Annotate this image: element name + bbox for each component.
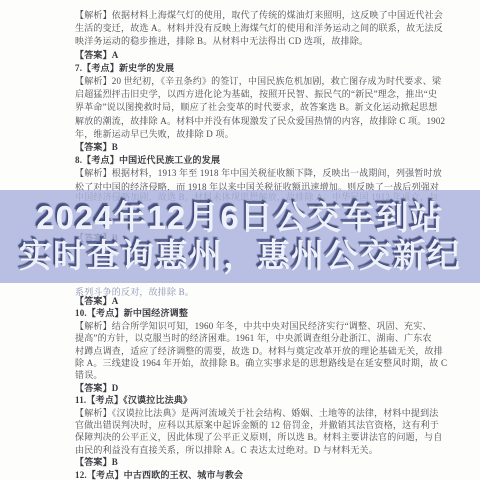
analysis-line: 村蹲点调查，适应了经济调整的需要，故选 D。材料与奠定改革开放的理论基础无关，故… [75, 346, 447, 359]
topic-line: 8.【考点】中国近代民族工业的发展 [75, 155, 447, 168]
analysis-line: 解放的潮流，故排除 A。材料中并没有体现激发了民众爱国热情的内容，故排除 C 项… [75, 116, 447, 129]
analysis-line: 错误。 [75, 370, 447, 383]
answer-line: 【答案】B [75, 142, 447, 155]
answer-line: 【答案】A [75, 50, 447, 63]
analysis-line: 【解析】根据材料，1913 年至 1918 年中国关税征收额下降，反映出一战期间… [75, 168, 447, 181]
banner-title-line2: 实时查询惠州，惠州公交新纪 [19, 237, 461, 274]
analysis-line: 除 A。三线建设 1964 年开始，故排除 B。确立实事求是的思想路线是在延安整… [75, 358, 447, 371]
topic-line: 10.【考点】新中国经济调整 [75, 308, 447, 321]
answer-line: 【答案】D [75, 383, 447, 396]
analysis-line: 由民的利益没有直接关系，所以排除 A。C 表达太过绝对。D 与材料无关。 [75, 445, 447, 458]
analysis-line: 启超猛烈抨击旧史学，以西方进化论为基础，按照开民智、振民气的“新民”理念，推出“… [75, 89, 447, 102]
analysis-line: 【解析】20 世纪初，《辛丑条约》的签订，中国民族危机加剧，救亡图存成为时代要求… [75, 76, 447, 89]
banner-title-line1: 2024年12月6日公交车到站 [36, 199, 443, 236]
analysis-line: 提高”的方针，以克服当时的经济困难。1961 年，中央派调查组分赴浙江、湖南、广… [75, 333, 447, 346]
analysis-line: 【解析】依据材料上海煤气灯的使用，取代了传统的煤油灯来照明，这反映了中国近代社会 [75, 10, 447, 23]
topic-line: 11.【考点】《汉谟拉比法典》 [75, 395, 447, 408]
answer-line: 【答案】B [75, 457, 447, 470]
analysis-line: 生活的变迁，故选 A。材料并没有反映上海煤气灯的使用和洋务运动之间的联系，故无法… [75, 23, 447, 36]
analysis-line: 界革命”说以图挽救时局，顺应了社会变革的时代要求，故答案选 B。新文化运动掀起思… [75, 102, 447, 115]
analysis-line: 映洋务运动的稳步推进，排除 B。从材料中无法得出 CD 选项，故排除。 [75, 36, 447, 49]
analysis-line: 年，维新运动早已失败，故排除 D 项。 [75, 129, 447, 142]
analysis-line: 【解析】《汉谟拉比法典》是两河流域关于社会结构、婚姻、土地等的法律，材料中提到法 [75, 408, 447, 421]
topic-line: 7.【考点】新史学的发展 [75, 63, 447, 76]
promo-banner-overlay: 2024年12月6日公交车到站 实时查询惠州，惠州公交新纪 [0, 190, 480, 283]
analysis-line: 保障判决的公平正义，因此体现了公平正义原则，所以选 B。材料主要讲法官的问题，与… [75, 432, 447, 445]
analysis-line: 【解析】结合所学知识可知，1960 年冬，中共中央对国民经济实行“调整、巩固、充… [75, 321, 447, 334]
topic-line: 12.【考点】中古西欧的王权、城市与教会 [75, 470, 447, 480]
